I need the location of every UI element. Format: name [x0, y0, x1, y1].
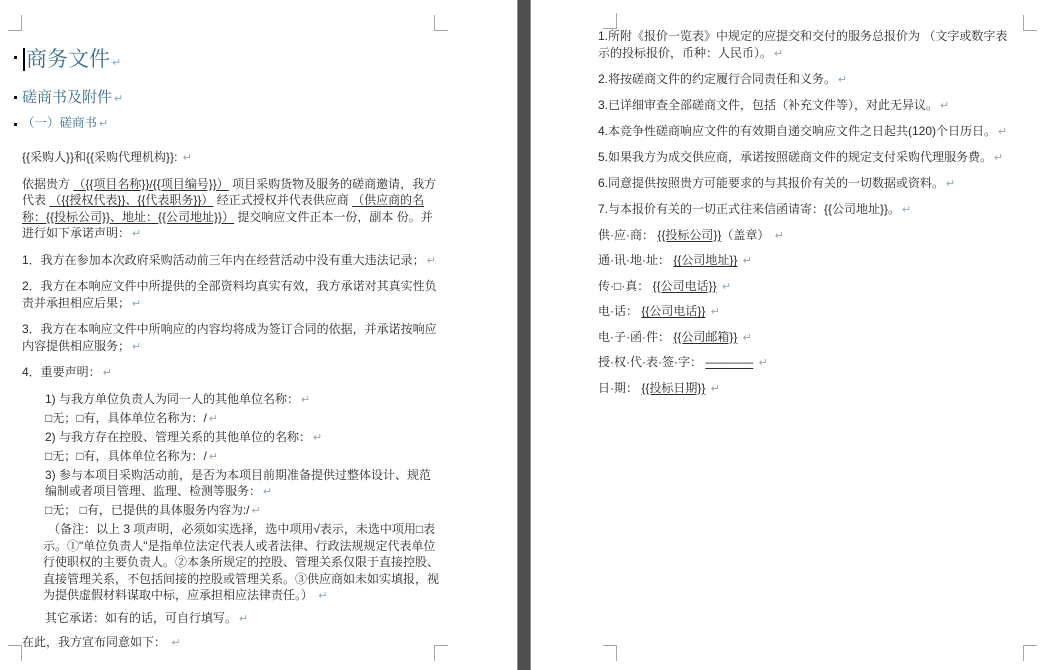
form-value: {{投标公司}} — [657, 228, 721, 242]
form-value: {{投标日期}} — [641, 381, 705, 395]
paragraph-text: 2．我方在本响应文件中所提供的全部资料均真实有效，我方承诺对其真实性负责并承担相… — [22, 279, 437, 310]
paragraph-declaration[interactable]: □无；□有，具体单位名称为：/↵ — [45, 448, 442, 466]
paragraph-intro[interactable]: 依据贵方 （{{项目名称}}/{{项目编号}}） 项目采购货物及服务的磋商邀请，… — [22, 176, 442, 243]
return-mark: ↵ — [112, 93, 123, 105]
paragraph-text: 2) 与我方存在控股、管理关系的其他单位的名称： — [45, 430, 311, 444]
form-value: {{公司地址}} — [673, 253, 737, 267]
paragraph-text: 1.所附《报价一览表》中规定的应提交和交付的服务总报价为 （文字或数字表示的投标… — [598, 29, 1007, 60]
crop-mark-right-page-bottom-left — [603, 645, 617, 661]
paragraph-text: 3) 参与本项目采购活动前，是否为本项目前期准备提供过整体设计、规范编制或者项目… — [45, 468, 431, 499]
paragraph-other-commitment[interactable]: 其它承诺：如有的话，可自行填写。↵ — [45, 610, 442, 628]
paragraph-salutation[interactable]: {{采购人}}和{{采购代理机构}}: ↵ — [22, 149, 442, 167]
return-mark: ↵ — [709, 383, 720, 395]
paragraph-commitment[interactable]: 1．我方在参加本次政府采购活动前三年内在经营活动中没有重大违法记录；↵ — [22, 252, 442, 270]
return-mark: ↵ — [237, 613, 248, 625]
page-divider — [517, 0, 531, 670]
return-mark: ↵ — [720, 281, 731, 293]
word-processor-canvas: 商务文件↵ 磋商书及附件↵ （一）磋商书↵ {{采购人}}和{{采购代理机构}}… — [0, 0, 1056, 670]
paragraph-agreement-item[interactable]: 3.已详细审查全部磋商文件，包括（补充文件等），对此无异议。↵ — [598, 97, 1014, 115]
return-mark: ↵ — [207, 413, 218, 425]
form-line[interactable]: 传·□·真： {{公司电话}} ↵ — [598, 278, 1014, 296]
form-suffix: （盖章） — [721, 228, 769, 242]
paragraph-declaration[interactable]: 3) 参与本项目采购活动前，是否为本项目前期准备提供过整体设计、规范编制或者项目… — [45, 467, 442, 501]
return-mark: ↵ — [181, 152, 192, 164]
return-mark: ↵ — [130, 298, 141, 310]
paragraph-text: 其它承诺：如有的话，可自行填写。 — [45, 611, 237, 625]
form-value: {{公司电话}} — [653, 279, 717, 293]
paragraph-text: 1．我方在参加本次政府采购活动前三年内在经营活动中没有重大违法记录； — [22, 253, 425, 267]
return-mark: ↵ — [425, 255, 436, 267]
return-mark: ↵ — [101, 367, 112, 379]
paragraph-text: 1) 与我方单位负责人为同一人的其他单位名称： — [45, 392, 299, 406]
text-run: （{{授权代表}}、{{代表职务}}） — [49, 193, 213, 207]
form-line[interactable]: 授·权·代·表·签·字： ———— ↵ — [598, 354, 1014, 372]
form-value: ———— — [705, 355, 753, 369]
crop-mark-right-page-bottom-right — [1023, 645, 1037, 661]
form-label: 授·权·代·表·签·字： — [598, 355, 702, 369]
paragraph-text: 在此，我方宣布同意如下： — [22, 635, 166, 649]
paragraph-text: {{采购人}}和{{采购代理机构}}: — [22, 150, 177, 164]
paragraph-rich-text: 依据贵方 （{{项目名称}}/{{项目编号}}） 项目采购货物及服务的磋商邀请，… — [22, 177, 436, 241]
return-mark: ↵ — [311, 432, 322, 444]
form-label: 电·话： — [598, 304, 638, 318]
paragraph-text: □无；□有，具体单位名称为：/ — [45, 449, 207, 463]
form-line[interactable]: 电·话： {{公司电话}} ↵ — [598, 303, 1014, 321]
heading3-text: （一）磋商书 — [22, 116, 97, 130]
return-mark: ↵ — [709, 306, 720, 318]
return-mark: ↵ — [741, 332, 752, 344]
paragraph-declaration[interactable]: 1) 与我方单位负责人为同一人的其他单位名称：↵ — [45, 391, 442, 409]
form-label: 日·期： — [598, 381, 638, 395]
doc-title-text: 商务文件 — [26, 48, 110, 71]
paragraph-commitment[interactable]: 4．重要声明：↵ — [22, 364, 442, 382]
return-mark: ↵ — [169, 637, 180, 649]
heading-negotiation-attachments[interactable]: 磋商书及附件↵ — [22, 88, 442, 109]
return-mark: ↵ — [836, 74, 847, 86]
paragraph-text: （备注：以上 3 项声明，必须如实选择，选中项用√表示，未选中项用□表示。①"单… — [43, 522, 439, 602]
return-mark: ↵ — [772, 48, 783, 60]
form-value: {{公司邮箱}} — [673, 330, 737, 344]
text-run: 经正式授权并代表供应商 — [213, 193, 352, 207]
crop-mark-left-page-top-right — [434, 15, 448, 31]
text-cursor — [23, 48, 25, 71]
heading-negotiation-letter[interactable]: （一）磋商书↵ — [22, 115, 442, 133]
form-label: 通·讯·地·址： — [598, 253, 670, 267]
return-mark: ↵ — [900, 204, 911, 216]
form-label: 传·□·真： — [598, 279, 649, 293]
paragraph-commitment[interactable]: 2．我方在本响应文件中所提供的全部资料均真实有效，我方承诺对其真实性负责并承担相… — [22, 278, 442, 312]
paragraph-agreement-item[interactable]: 7.与本报价有关的一切正式往来信函请寄：{{公司地址}}。↵ — [598, 201, 1014, 219]
crop-mark-right-page-top-left — [603, 13, 617, 29]
return-mark: ↵ — [97, 118, 108, 130]
form-value: {{公司电话}} — [641, 304, 705, 318]
form-line[interactable]: 日·期： {{投标日期}} ↵ — [598, 380, 1014, 398]
heading2-text: 磋商书及附件 — [22, 89, 112, 106]
form-line[interactable]: 供·应·商： {{投标公司}}（盖章） ↵ — [598, 227, 1014, 245]
return-mark: ↵ — [299, 394, 310, 406]
paragraph-text: 4．重要声明： — [22, 365, 101, 379]
doc-title-heading[interactable]: 商务文件↵ — [22, 46, 442, 77]
return-mark: ↵ — [992, 152, 1003, 164]
crop-mark-left-page-bottom-right — [434, 645, 448, 661]
document-page-right[interactable]: 1.所附《报价一览表》中规定的应提交和交付的服务总报价为 （文字或数字表示的投标… — [598, 28, 1014, 405]
form-label: 供·应·商： — [598, 228, 654, 242]
return-mark: ↵ — [130, 341, 141, 353]
paragraph-agreement-item[interactable]: 1.所附《报价一览表》中规定的应提交和交付的服务总报价为 （文字或数字表示的投标… — [598, 28, 1014, 62]
heading-bullet — [14, 96, 17, 99]
paragraph-text: 6.同意提供按照贵方可能要求的与其报价有关的一切数据或资料。 — [598, 176, 944, 190]
paragraph-text: 2.将按磋商文件的约定履行合同责任和义务。 — [598, 72, 836, 86]
paragraph-text: 5.如果我方为成交供应商，承诺按照磋商文件的规定支付采购代理服务费。 — [598, 150, 992, 164]
crop-mark-left-page-bottom-left — [8, 645, 22, 661]
paragraph-agreement-item[interactable]: 4.本竞争性磋商响应文件的有效期自递交响应文件之日起共(120)个日历日。↵ — [598, 123, 1014, 141]
paragraph-text: □无；□有，具体单位名称为：/ — [45, 411, 207, 425]
paragraph-commitment[interactable]: 3．我方在本响应文件中所响应的内容均将成为签订合同的依据，并承诺按响应内容提供相… — [22, 321, 442, 355]
heading-bullet — [14, 123, 17, 126]
heading-bullet — [14, 56, 17, 59]
declaration-list: 1) 与我方单位负责人为同一人的其他单位名称：↵ □无；□有，具体单位名称为：/… — [22, 391, 442, 520]
paragraph-declaration[interactable]: □无； □有，已提供的具体服务内容为:/↵ — [45, 502, 442, 520]
paragraph-note[interactable]: （备注：以上 3 项声明，必须如实选择，选中项用√表示，未选中项用□表示。①"单… — [43, 521, 442, 605]
paragraph-text: 7.与本报价有关的一切正式往来信函请寄：{{公司地址}}。 — [598, 202, 900, 216]
return-mark: ↵ — [316, 590, 327, 602]
form-line[interactable]: 电·子·函·件： {{公司邮箱}} ↵ — [598, 329, 1014, 347]
text-run: 依据贵方 — [22, 177, 73, 191]
crop-mark-left-page-top-left — [8, 15, 22, 31]
commitment-list: 1．我方在参加本次政府采购活动前三年内在经营活动中没有重大违法记录；↵ 2．我方… — [22, 252, 442, 382]
return-mark: ↵ — [938, 100, 949, 112]
paragraph-text: 3.已详细审查全部磋商文件，包括（补充文件等），对此无异议。 — [598, 98, 938, 112]
paragraph-agreement-item[interactable]: 6.同意提供按照贵方可能要求的与其报价有关的一切数据或资料。↵ — [598, 175, 1014, 193]
return-mark: ↵ — [130, 228, 141, 240]
form-line[interactable]: 通·讯·地·址： {{公司地址}} ↵ — [598, 252, 1014, 270]
return-mark: ↵ — [250, 505, 261, 517]
return-mark: ↵ — [261, 486, 272, 498]
crop-mark-right-page-top-right — [1023, 15, 1037, 31]
signature-form: 供·应·商： {{投标公司}}（盖章） ↵ 通·讯·地·址： {{公司地址}} … — [598, 227, 1014, 398]
paragraph-text: 3．我方在本响应文件中所响应的内容均将成为签订合同的依据，并承诺按响应内容提供相… — [22, 322, 437, 353]
paragraph-agreement-item[interactable]: 5.如果我方为成交供应商，承诺按照磋商文件的规定支付采购代理服务费。↵ — [598, 149, 1014, 167]
text-run: （{{项目名称}}/{{项目编号}}） — [73, 177, 228, 191]
return-mark: ↵ — [110, 57, 121, 69]
return-mark: ↵ — [773, 230, 784, 242]
paragraph-declaration[interactable]: 2) 与我方存在控股、管理关系的其他单位的名称：↵ — [45, 429, 442, 447]
return-mark: ↵ — [741, 255, 752, 267]
document-page-left[interactable]: 商务文件↵ 磋商书及附件↵ （一）磋商书↵ {{采购人}}和{{采购代理机构}}… — [22, 31, 442, 657]
paragraph-closing[interactable]: 在此，我方宣布同意如下： ↵ — [22, 634, 442, 652]
return-mark: ↵ — [207, 451, 218, 463]
agreement-item-list: 1.所附《报价一览表》中规定的应提交和交付的服务总报价为 （文字或数字表示的投标… — [598, 28, 1014, 218]
paragraph-declaration[interactable]: □无；□有，具体单位名称为：/↵ — [45, 410, 442, 428]
return-mark: ↵ — [757, 357, 768, 369]
return-mark: ↵ — [996, 126, 1007, 138]
paragraph-agreement-item[interactable]: 2.将按磋商文件的约定履行合同责任和义务。↵ — [598, 71, 1014, 89]
paragraph-text: □无； □有，已提供的具体服务内容为:/ — [45, 503, 250, 517]
paragraph-text: 4.本竞争性磋商响应文件的有效期自递交响应文件之日起共(120)个日历日。 — [598, 124, 996, 138]
form-label: 电·子·函·件： — [598, 330, 670, 344]
return-mark: ↵ — [944, 178, 955, 190]
